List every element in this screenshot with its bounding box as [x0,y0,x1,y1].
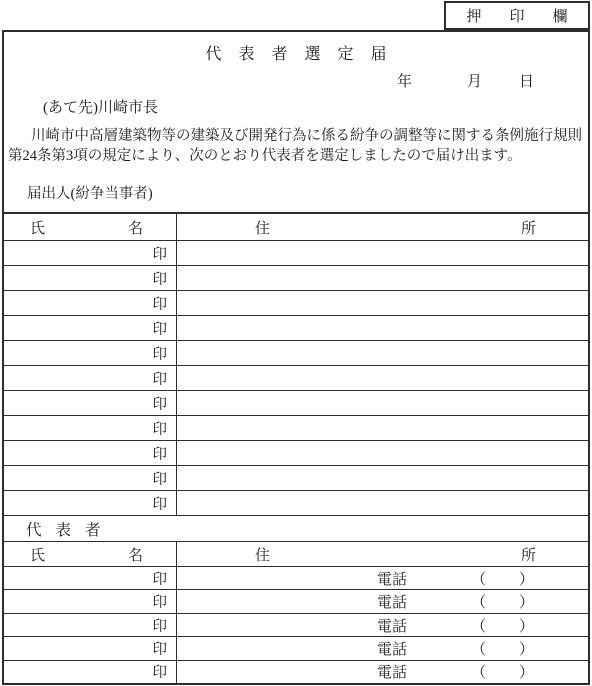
name-cell: 印 [4,491,177,515]
seal-label: 印 [153,468,177,489]
body-line-2: 第24条第3項の規定により、次のとおり代表者を選定しましたので届け出ます。 [8,146,585,166]
paren-open: （ [471,568,486,589]
name-header-left: 氏 [30,217,45,238]
name-cell: 印 [4,416,177,440]
claimant-section-label: 届出人(紛争当事者) [27,182,153,203]
month-label: 月 [467,70,482,91]
address-column-header: 住 所 [177,214,588,240]
seal-label: 印 [153,638,177,659]
claimant-row: 印 [4,365,588,390]
seal-label: 印 [153,418,177,439]
seal-label: 印 [153,568,177,589]
representative-row: 印 電話 （ ） [4,636,588,659]
address-header-left: 住 [255,544,270,565]
name-cell: 印 [4,316,177,340]
telephone-label: 電話 [377,661,407,682]
address-cell [177,241,588,265]
name-cell: 印 [4,341,177,365]
name-column-header: 氏 名 [4,542,177,566]
address-header-right: 所 [521,544,536,565]
seal-label: 印 [153,615,177,636]
claimant-row: 印 [4,340,588,365]
claimant-row: 印 [4,490,588,515]
address-cell [177,441,588,465]
address-cell [177,466,588,490]
body-paragraph: 川崎市中高層建築物等の建築及び開発行為に係る紛争の調整等に関する条例施行規則 第… [8,126,585,166]
claimant-table-header: 氏 名 住 所 [4,212,588,240]
seal-label: 印 [153,343,177,364]
telephone-label: 電話 [377,615,407,636]
address-column-header: 住 所 [177,542,588,566]
form-tables: 氏 名 住 所 印 印 印 印 [4,212,588,683]
paren-close: ） [519,638,534,659]
day-label: 日 [519,70,534,91]
name-header-left: 氏 [30,544,45,565]
seal-label: 印 [153,293,177,314]
form-title: 代表者選定届 [4,41,588,64]
name-cell: 印 [4,241,177,265]
representative-table-header: 氏 名 住 所 [4,541,588,566]
address-cell: 電話 （ ） [177,637,588,659]
name-header-right: 名 [128,217,143,238]
address-cell [177,291,588,315]
claimant-row: 印 [4,390,588,415]
name-cell: 印 [4,661,177,683]
name-cell: 印 [4,590,177,612]
name-cell: 印 [4,366,177,390]
address-cell [177,391,588,415]
seal-box-label: 押印欄 [439,5,592,26]
seal-label: 印 [153,318,177,339]
address-header-right: 所 [521,217,536,238]
claimant-row: 印 [4,240,588,265]
claimant-row: 印 [4,415,588,440]
paren-open: （ [471,615,486,636]
form-main-box: 代表者選定届 年 月 日 (あて先)川崎市長 川崎市中高層建築物等の建築及び開発… [2,30,590,685]
seal-label: 印 [153,243,177,264]
body-line-1: 川崎市中高層建築物等の建築及び開発行為に係る紛争の調整等に関する条例施行規則 [8,126,585,146]
name-cell: 印 [4,466,177,490]
claimant-row: 印 [4,290,588,315]
address-cell: 電話 （ ） [177,614,588,636]
year-label: 年 [397,70,412,91]
address-cell: 電話 （ ） [177,567,588,589]
seal-label: 印 [153,443,177,464]
form-page: 押印欄 代表者選定届 年 月 日 (あて先)川崎市長 川崎市中高層建築物等の建築… [0,0,592,686]
paren-open: （ [471,638,486,659]
name-cell: 印 [4,291,177,315]
seal-label: 印 [153,368,177,389]
seal-label: 印 [153,493,177,514]
seal-label: 印 [153,268,177,289]
address-cell [177,316,588,340]
paren-close: ） [519,615,534,636]
name-cell: 印 [4,614,177,636]
claimant-row: 印 [4,440,588,465]
telephone-label: 電話 [377,568,407,589]
address-cell [177,491,588,515]
representative-row: 印 電話 （ ） [4,566,588,589]
telephone-label: 電話 [377,591,407,612]
name-cell: 印 [4,567,177,589]
paren-close: ） [519,591,534,612]
claimant-row: 印 [4,265,588,290]
date-line: 年 月 日 [397,70,534,91]
seal-label: 印 [153,661,177,682]
telephone-label: 電話 [377,638,407,659]
seal-box: 押印欄 [444,1,590,30]
representative-row: 印 電話 （ ） [4,660,588,683]
addressee: (あて先)川崎市長 [43,96,158,117]
name-header-right: 名 [128,544,143,565]
address-cell: 電話 （ ） [177,661,588,683]
address-cell [177,266,588,290]
paren-open: （ [471,591,486,612]
name-column-header: 氏 名 [4,214,177,240]
name-cell: 印 [4,637,177,659]
claimant-row: 印 [4,465,588,490]
claimant-row: 印 [4,315,588,340]
address-cell [177,341,588,365]
representative-section-label: 代表者 [4,515,588,541]
address-cell [177,366,588,390]
representative-row: 印 電話 （ ） [4,589,588,612]
paren-close: ） [519,568,534,589]
seal-label: 印 [153,393,177,414]
address-cell [177,416,588,440]
name-cell: 印 [4,266,177,290]
name-cell: 印 [4,391,177,415]
name-cell: 印 [4,441,177,465]
paren-close: ） [519,661,534,682]
seal-label: 印 [153,591,177,612]
address-cell: 電話 （ ） [177,590,588,612]
paren-open: （ [471,661,486,682]
address-header-left: 住 [255,217,270,238]
representative-row: 印 電話 （ ） [4,613,588,636]
